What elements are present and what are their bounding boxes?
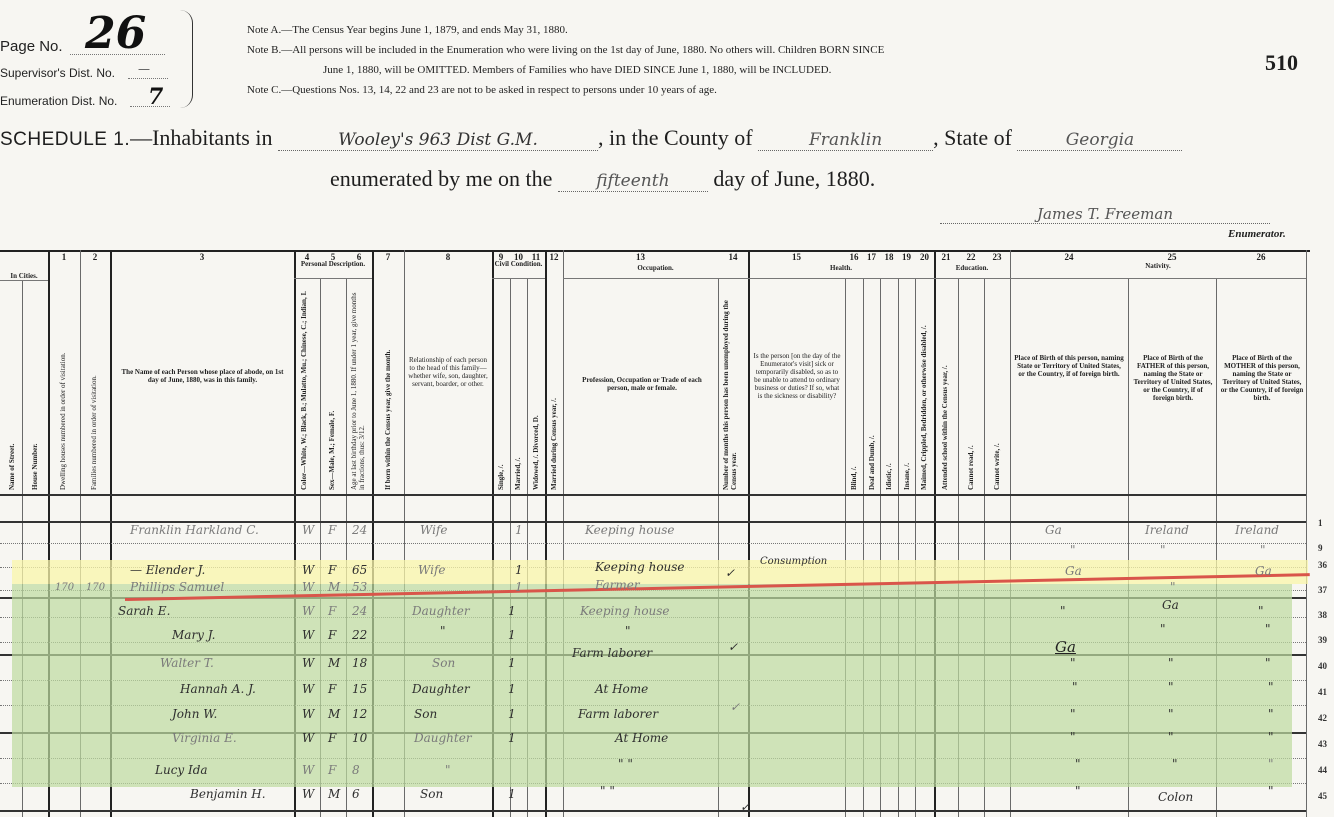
row-father: Colon (1158, 790, 1193, 804)
row-sex: F (328, 763, 336, 777)
row-father: " (1168, 730, 1174, 744)
colnum-26: 26 (1216, 252, 1306, 262)
row-relation: Wife (418, 563, 446, 577)
state-label: , State of (933, 125, 1012, 150)
col-26: Place of Birth of the MOTHER of this per… (1220, 354, 1304, 402)
col-24: Place of Birth of this person, naming St… (1014, 354, 1124, 378)
colnum-21: 21 (934, 252, 958, 262)
col-5: Sex—Male, M.; Female, F. (328, 411, 336, 490)
row-dwelling: 170 (55, 582, 74, 593)
group-occupation: Occupation. (563, 264, 748, 272)
row-age: 24 (352, 604, 367, 618)
col-14: Number of months this person has been un… (722, 290, 738, 490)
row-unemployed: ✓ (740, 800, 750, 814)
col-25: Place of Birth of the FATHER of this per… (1132, 354, 1214, 402)
col-22: Cannot read, /. (967, 445, 975, 490)
row-age: 18 (352, 656, 367, 670)
row-married: 1 (508, 682, 516, 696)
row-sex: M (328, 707, 340, 721)
col-3: The Name of each Person whose place of a… (120, 368, 285, 384)
row-age: 15 (352, 682, 367, 696)
colnum-16: 16 (845, 252, 863, 262)
supervisor-dist-label: Supervisor's Dist. No. (0, 66, 115, 80)
row-relation: Son (432, 656, 455, 670)
row-birth: Ga (1045, 523, 1062, 537)
row-birth: " (1070, 656, 1076, 670)
schedule-title: SCHEDULE 1.—Inhabitants in Wooley's 963 … (0, 125, 1182, 151)
colnum-11: 11 (527, 252, 545, 262)
col-12: Married during Census year, /. (550, 398, 558, 490)
county-field: Franklin (758, 130, 933, 151)
line-number: 40 (1318, 661, 1327, 671)
colnum-23: 23 (984, 252, 1010, 262)
colnum-19: 19 (898, 252, 915, 262)
colnum-10: 10 (510, 252, 527, 262)
row-birth: Ga (1055, 638, 1076, 656)
row-birth: " (1060, 604, 1066, 618)
row-color: W (302, 787, 314, 801)
colnum-3: 3 (110, 252, 294, 262)
colnum-12: 12 (545, 252, 563, 262)
row-mother: " (1268, 707, 1274, 721)
row-name: Franklin Harkland C. (130, 523, 259, 537)
row-name: Sarah E. (118, 604, 170, 618)
row-color: W (302, 628, 314, 642)
row-birth: " (1072, 680, 1078, 694)
row-name: Benjamin H. (190, 787, 266, 801)
row-married: 1 (515, 563, 523, 577)
row-color: W (302, 707, 314, 721)
row-occupation: " (625, 624, 631, 638)
row-mother: " (1265, 622, 1271, 636)
month-label: day of June, 1880. (713, 166, 875, 191)
line-number: 38 (1318, 610, 1327, 620)
group-health: Health. (748, 264, 934, 272)
row-birth: " (1075, 784, 1081, 798)
colnum-18: 18 (880, 252, 898, 262)
row-occupation: Keeping house (585, 523, 675, 537)
stamp-number: 510 (1265, 50, 1298, 76)
col-6: Age at last birthday prior to June 1, 18… (350, 290, 366, 490)
col-7: If born within the Census year, give the… (384, 350, 392, 490)
row-occupation: At Home (615, 731, 668, 745)
row-birth: " (1070, 730, 1076, 744)
row-name: Lucy Ida (155, 763, 208, 777)
row-unemployed: ✓ (725, 566, 735, 580)
row-mother: " (1268, 757, 1274, 771)
group-in-cities: In Cities. (2, 272, 46, 280)
row-mother: " (1265, 656, 1271, 670)
row-sickness: Consumption (760, 556, 827, 567)
row-color: W (302, 580, 314, 594)
colnum-7: 7 (372, 252, 404, 262)
row-age: 24 (352, 523, 367, 537)
row-father: " (1172, 757, 1178, 771)
row-name: — Elender J. (130, 563, 205, 577)
col-11: Widowed, /. Divorced, D. (532, 415, 540, 490)
county-label: , in the County of (598, 125, 753, 150)
row-name: John W. (172, 707, 217, 721)
inhabitants-label: —Inhabitants in (130, 125, 272, 150)
row-age: 6 (352, 787, 360, 801)
enumerator-label: Enumerator. (1228, 228, 1286, 240)
row-sex: F (328, 731, 336, 745)
row-sex: F (328, 604, 336, 618)
row-sex: F (328, 563, 336, 577)
col-1: Dwelling houses numbered in order of vis… (59, 353, 67, 490)
row-unemployed: ✓ (730, 700, 740, 714)
row-relation: Son (414, 707, 437, 721)
page-no-label: Page No. (0, 38, 63, 55)
row-color: W (302, 523, 314, 537)
row-name: Phillips Samuel (130, 580, 224, 594)
enumerated-line: enumerated by me on the fifteenth day of… (330, 166, 875, 192)
note-c: Note C.—Questions Nos. 13, 14, 22 and 23… (247, 84, 717, 96)
row-father: " (1160, 543, 1166, 557)
row-mother: " (1268, 784, 1274, 798)
col-18: Idiotic, /. (885, 463, 893, 490)
row-occupation: Farmer (595, 578, 640, 592)
row-occupation: Keeping house (595, 560, 685, 574)
row-age: 12 (352, 707, 367, 721)
line-number: 41 (1318, 687, 1327, 697)
row-mother: " (1268, 730, 1274, 744)
row-color: W (302, 763, 314, 777)
row-relation: Son (420, 787, 443, 801)
enumerator-signature: James T. Freeman (940, 205, 1270, 224)
col-13: Profession, Occupation or Trade of each … (572, 376, 712, 392)
colnum-20: 20 (915, 252, 934, 262)
col-15: Is the person [on the day of the Enumera… (752, 352, 842, 400)
row-mother: " (1260, 543, 1266, 557)
row-occupation: Farm laborer (572, 646, 652, 660)
row-birth: Ga (1065, 564, 1082, 578)
line-number: 45 (1318, 791, 1327, 801)
colnum-1: 1 (48, 252, 80, 262)
row-married: 1 (508, 604, 516, 618)
col-8: Relationship of each person to the head … (408, 356, 488, 388)
line-number: 39 (1318, 635, 1327, 645)
group-education: Education. (934, 264, 1010, 272)
row-father: " (1168, 680, 1174, 694)
col-20: Maimed, Crippled, Bedridden, or otherwis… (920, 325, 928, 490)
supervisor-dist-line (128, 78, 168, 79)
row-mother: Ireland (1235, 523, 1279, 537)
row-age: 8 (352, 763, 360, 777)
col-9: Single, /. (497, 465, 505, 490)
page-no-line (70, 54, 165, 55)
row-birth: " (1075, 757, 1081, 771)
colnum-2: 2 (80, 252, 110, 262)
row-married: 1 (508, 787, 516, 801)
row-color: W (302, 656, 314, 670)
col-2: Families numbered in order of visitation… (90, 375, 98, 490)
header-brace (180, 10, 193, 108)
row-sex: M (328, 656, 340, 670)
col-19: Insane, /. (903, 463, 911, 490)
row-age: 10 (352, 731, 367, 745)
row-married: 1 (508, 731, 516, 745)
row-family: 170 (86, 582, 105, 593)
row-married: 1 (515, 580, 523, 594)
line-number: 1 (1318, 518, 1323, 528)
col-10: Married, /. (514, 458, 522, 490)
row-occupation: " " (600, 784, 615, 798)
note-a: Note A.—The Census Year begins June 1, 1… (247, 24, 568, 36)
schedule-prefix: SCHEDULE 1. (0, 129, 130, 150)
state-field: Georgia (1017, 130, 1182, 151)
colnum-9: 9 (492, 252, 510, 262)
row-relation: Daughter (412, 682, 470, 696)
colnum-17: 17 (863, 252, 880, 262)
supervisor-dist-value: — (138, 62, 150, 76)
row-age: 53 (352, 580, 367, 594)
row-occupation: At Home (595, 682, 648, 696)
row-father: Ga (1162, 598, 1179, 612)
line-number: 36 (1318, 560, 1327, 570)
row-name: Virginia E. (172, 731, 237, 745)
colnum-13: 13 (563, 252, 718, 262)
row-sex: F (328, 682, 336, 696)
row-birth: " (1070, 707, 1076, 721)
col-21: Attended school within the Census year, … (941, 365, 949, 490)
group-nativity: Nativity. (1010, 262, 1306, 270)
enumeration-dist-line (130, 106, 170, 107)
row-age: 22 (352, 628, 367, 642)
row-married: 1 (508, 656, 516, 670)
row-sex: F (328, 523, 336, 537)
enumeration-dist-label: Enumeration Dist. No. (0, 94, 117, 108)
row-occupation: Keeping house (580, 604, 670, 618)
colnum-24: 24 (1010, 252, 1128, 262)
col-16: Blind, /. (850, 466, 858, 490)
row-relation: Wife (420, 523, 448, 537)
colnum-25: 25 (1128, 252, 1216, 262)
row-father: " (1168, 707, 1174, 721)
note-b: Note B.—All persons will be included in … (247, 44, 884, 56)
colnum-6: 6 (346, 252, 372, 262)
row-name: Walter T. (160, 656, 214, 670)
col-street: Name of Street. (8, 444, 16, 490)
col-house-number: House Number. (31, 444, 39, 490)
row-father: " (1168, 656, 1174, 670)
row-mother: Ga (1255, 564, 1272, 578)
row-married: 1 (508, 628, 516, 642)
line-number: 9 (1318, 543, 1323, 553)
row-married: 1 (508, 707, 516, 721)
row-color: W (302, 563, 314, 577)
row-relation: " (445, 763, 451, 777)
row-sex: M (328, 580, 340, 594)
row-father: " (1170, 580, 1176, 594)
colnum-14: 14 (718, 252, 748, 262)
row-unemployed: ✓ (728, 640, 738, 654)
col-23: Cannot write, /. (993, 443, 1001, 490)
place-field: Wooley's 963 Dist G.M. (278, 130, 598, 151)
day-field: fifteenth (558, 171, 708, 192)
col-17: Deaf and Dumb, /. (868, 435, 876, 490)
row-color: W (302, 731, 314, 745)
row-color: W (302, 682, 314, 696)
row-mother: " (1258, 604, 1264, 618)
row-relation: Daughter (414, 731, 472, 745)
colnum-22: 22 (958, 252, 984, 262)
col-4: Color—White, W.; Black, B.; Mulatto, Mu.… (300, 290, 308, 490)
row-married: 1 (515, 523, 523, 537)
row-age: 65 (352, 563, 367, 577)
row-color: W (302, 604, 314, 618)
row-occupation: " " (618, 757, 633, 771)
line-number: 37 (1318, 585, 1327, 595)
row-sex: M (328, 787, 340, 801)
enumerated-label: enumerated by me on the (330, 166, 552, 191)
row-relation: " (440, 624, 446, 638)
colnum-4: 4 (294, 252, 320, 262)
row-occupation: Farm laborer (578, 707, 658, 721)
page-no-value: 26 (85, 8, 146, 59)
row-father: " (1160, 622, 1166, 636)
row-name: Mary J. (172, 628, 215, 642)
colnum-8: 8 (404, 252, 492, 262)
line-number: 42 (1318, 713, 1327, 723)
row-sex: F (328, 628, 336, 642)
line-number: 43 (1318, 739, 1327, 749)
row-relation: Daughter (412, 604, 470, 618)
colnum-15: 15 (748, 252, 845, 262)
row-father: Ireland (1145, 523, 1189, 537)
line-number: 44 (1318, 765, 1327, 775)
row-birth: " (1070, 543, 1076, 557)
row-name: Hannah A. J. (180, 682, 256, 696)
note-b-cont: June 1, 1880, will be OMITTED. Members o… (323, 64, 831, 76)
row-mother: " (1268, 680, 1274, 694)
colnum-5: 5 (320, 252, 346, 262)
